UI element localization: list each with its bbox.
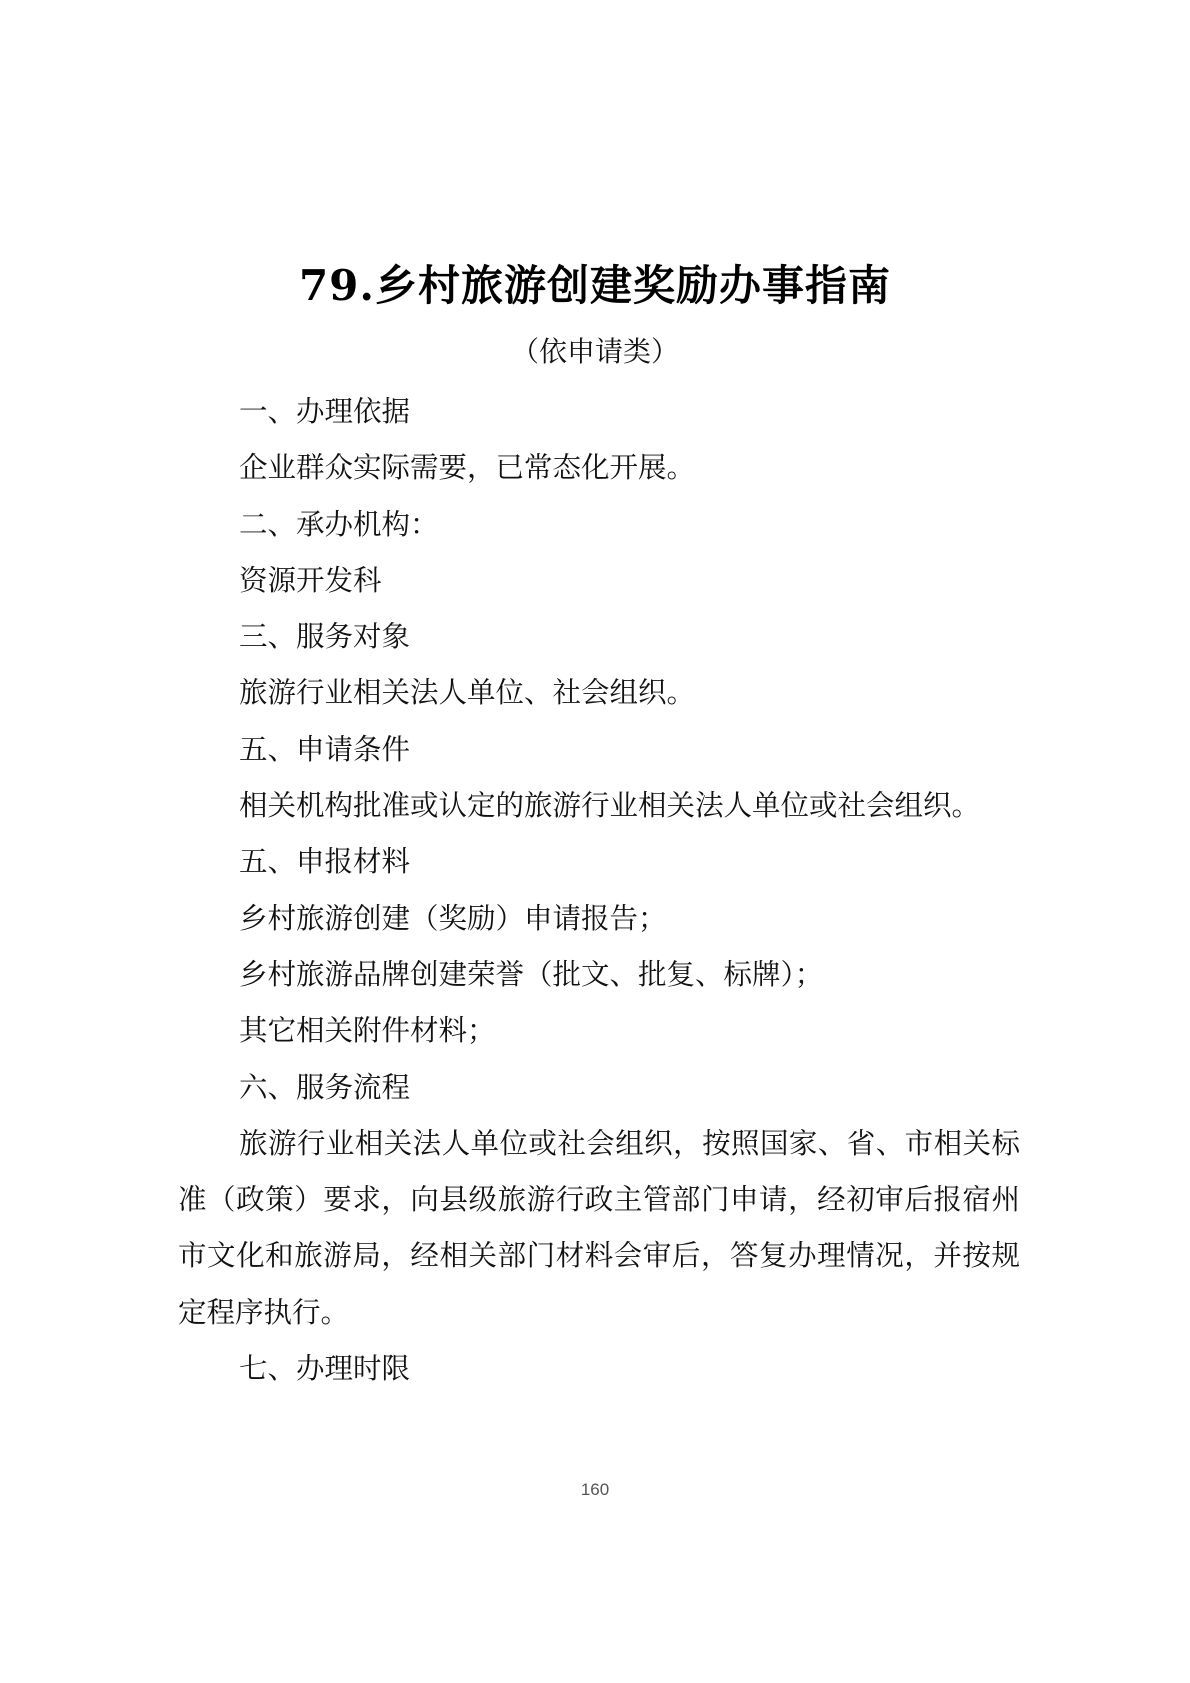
page-number: 160	[0, 1480, 1190, 1500]
section-content: 企业群众实际需要，已常态化开展。	[178, 440, 1020, 496]
material-item: 其它相关附件材料；	[178, 1003, 1020, 1059]
page-title: 79.乡村旅游创建奖励办事指南	[0, 258, 1190, 314]
page-subtitle: （依申请类）	[0, 332, 1190, 372]
section-content: 资源开发科	[178, 553, 1020, 609]
section-heading: 一、办理依据	[178, 384, 1020, 440]
section-heading: 七、办理时限	[178, 1341, 1020, 1397]
section-paragraph: 旅游行业相关法人单位或社会组织，按照国家、省、市相关标准（政策）要求，向县级旅游…	[178, 1116, 1020, 1341]
document-body: 一、办理依据 企业群众实际需要，已常态化开展。 二、承办机构： 资源开发科 三、…	[178, 384, 1020, 1397]
section-heading: 三、服务对象	[178, 609, 1020, 665]
document-page: 79.乡村旅游创建奖励办事指南 （依申请类） 一、办理依据 企业群众实际需要，已…	[0, 0, 1190, 1683]
section-paragraph: 相关机构批准或认定的旅游行业相关法人单位或社会组织。	[178, 778, 1020, 834]
section-content: 旅游行业相关法人单位、社会组织。	[178, 665, 1020, 721]
section-heading: 五、申报材料	[178, 834, 1020, 890]
section-heading: 六、服务流程	[178, 1060, 1020, 1116]
material-item: 乡村旅游品牌创建荣誉（批文、批复、标牌）；	[178, 947, 1020, 1003]
section-heading: 二、承办机构：	[178, 497, 1020, 553]
material-item: 乡村旅游创建（奖励）申请报告；	[178, 891, 1020, 947]
section-heading: 五、申请条件	[178, 722, 1020, 778]
